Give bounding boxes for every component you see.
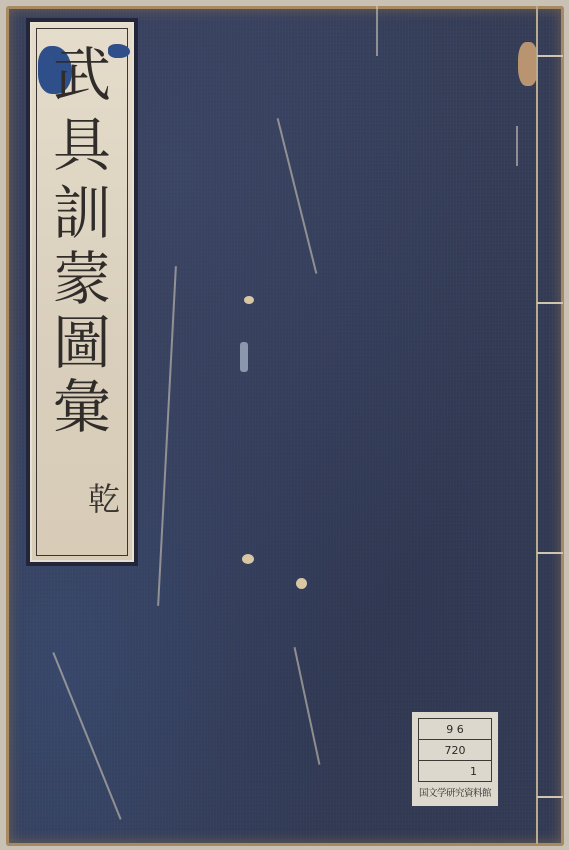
call-number-table: 9 6 720 1 bbox=[418, 718, 492, 782]
title-char-1: 武 bbox=[53, 46, 111, 104]
wear-spot bbox=[240, 342, 248, 372]
wear-spot bbox=[242, 554, 254, 564]
binding-stitch bbox=[537, 55, 563, 57]
title-char-3: 訓 bbox=[53, 184, 111, 242]
title-char-6: 彙 bbox=[53, 378, 111, 436]
binding-stitch bbox=[537, 302, 563, 304]
title-char-5: 圖 bbox=[53, 314, 111, 372]
title-char-4: 蒙 bbox=[53, 250, 111, 308]
title-slip-paper: 武 具 訓 蒙 圖 彙 乾 bbox=[30, 22, 134, 562]
crack bbox=[277, 118, 317, 274]
binding-thread bbox=[536, 6, 538, 844]
crack bbox=[294, 647, 320, 765]
volume-marker: 乾 bbox=[88, 474, 120, 520]
title-slip: 武 具 訓 蒙 圖 彙 乾 bbox=[26, 18, 138, 566]
institution-name: 国文学研究資料館 bbox=[418, 785, 492, 799]
crack bbox=[516, 126, 518, 166]
crack bbox=[157, 266, 176, 606]
binding-stitch bbox=[537, 796, 563, 798]
stain bbox=[108, 44, 130, 58]
call-number-row-2: 720 bbox=[419, 740, 492, 761]
wear-spot bbox=[244, 296, 254, 304]
wear-spot bbox=[296, 578, 307, 589]
binding-stitch bbox=[537, 552, 563, 554]
library-call-number-label: 9 6 720 1 国文学研究資料館 bbox=[412, 712, 498, 806]
call-number-row-3: 1 bbox=[419, 761, 492, 782]
call-number-row-1: 9 6 bbox=[419, 719, 492, 740]
crack bbox=[376, 6, 378, 56]
crack bbox=[52, 652, 121, 819]
wear-spot bbox=[518, 42, 538, 86]
title-char-2: 具 bbox=[53, 116, 111, 174]
